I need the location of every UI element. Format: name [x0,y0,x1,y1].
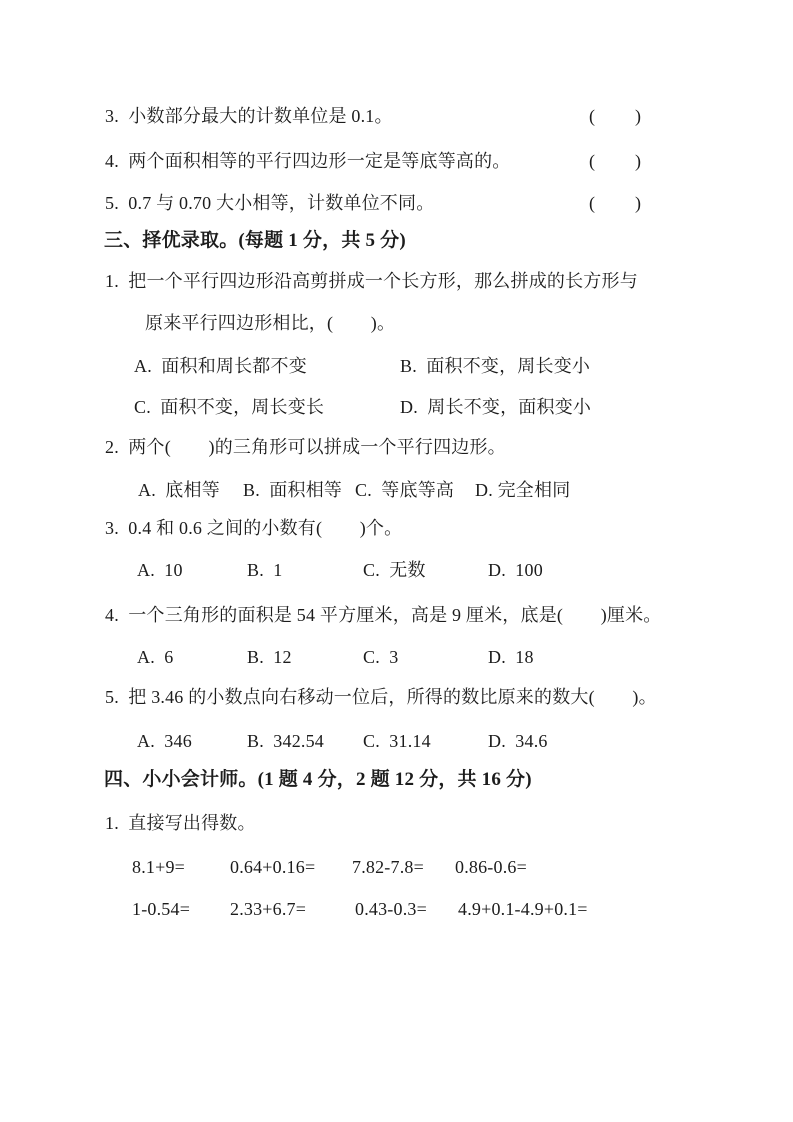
math-expression: 0.86-0.6= [455,856,527,879]
choice-q1-line2: 原来平行四边形相比，( )。 [145,312,395,335]
choice-section-title: 三、择优录取。(每题 1 分，共 5 分) [104,229,406,252]
choice-q4-text: 4. 一个三角形的面积是 54 平方厘米，高是 9 厘米，底是( )厘米。 [105,604,662,627]
judge-item-5-text: 5. 0.7 与 0.70 大小相等，计数单位不同。 [105,192,434,215]
choice-q2-option-c: C. 等底等高 [355,479,454,502]
math-expression: 8.1+9= [132,856,185,879]
choice-q3-text: 3. 0.4 和 0.6 之间的小数有( )个。 [105,517,402,540]
choice-q1-option-a: A. 面积和周长都不变 [134,355,307,378]
choice-q1-option-d: D. 周长不变，面积变小 [400,396,591,419]
judge-item-5-paren-close: ) [635,192,641,215]
math-expression: 4.9+0.1-4.9+0.1= [458,898,588,921]
math-expression: 0.64+0.16= [230,856,315,879]
choice-q3-option-d: D. 100 [488,559,543,582]
judge-item-5-paren-open: ( [589,192,595,215]
choice-q1-option-b: B. 面积不变，周长变小 [400,355,590,378]
choice-q4-option-b: B. 12 [247,646,292,669]
math-expression: 7.82-7.8= [352,856,424,879]
choice-q5-option-d: D. 34.6 [488,730,548,753]
judge-item-3-paren-open: ( [589,105,595,128]
calc-section-title: 四、小小会计师。(1 题 4 分，2 题 12 分，共 16 分) [104,768,532,791]
choice-q2-text: 2. 两个( )的三角形可以拼成一个平行四边形。 [105,436,506,459]
math-expression: 2.33+6.7= [230,898,306,921]
worksheet-page: 3. 小数部分最大的计数单位是 0.1。 ( ) 4. 两个面积相等的平行四边形… [0,0,793,1122]
choice-q3-option-c: C. 无数 [363,559,426,582]
choice-q2-option-b: B. 面积相等 [243,479,342,502]
calc-item1-label: 1. 直接写出得数。 [105,812,256,835]
judge-item-3-text: 3. 小数部分最大的计数单位是 0.1。 [105,105,393,128]
choice-q1-option-c: C. 面积不变，周长变长 [134,396,324,419]
choice-q2-option-d: D. 完全相同 [475,479,570,502]
judge-item-3-paren-close: ) [635,105,641,128]
choice-q5-option-a: A. 346 [137,730,192,753]
math-expression: 0.43-0.3= [355,898,427,921]
judge-item-4-paren-close: ) [635,150,641,173]
choice-q5-text: 5. 把 3.46 的小数点向右移动一位后，所得的数比原来的数大( )。 [105,686,657,709]
choice-q5-option-b: B. 342.54 [247,730,324,753]
choice-q5-option-c: C. 31.14 [363,730,431,753]
choice-q4-option-a: A. 6 [137,646,174,669]
math-expression: 1-0.54= [132,898,190,921]
choice-q2-option-a: A. 底相等 [138,479,220,502]
judge-item-4-text: 4. 两个面积相等的平行四边形一定是等底等高的。 [105,150,511,173]
judge-item-4-paren-open: ( [589,150,595,173]
choice-q1-line1: 1. 把一个平行四边形沿高剪拼成一个长方形，那么拼成的长方形与 [105,270,638,293]
choice-q4-option-d: D. 18 [488,646,534,669]
choice-q3-option-b: B. 1 [247,559,283,582]
choice-q4-option-c: C. 3 [363,646,399,669]
choice-q3-option-a: A. 10 [137,559,183,582]
